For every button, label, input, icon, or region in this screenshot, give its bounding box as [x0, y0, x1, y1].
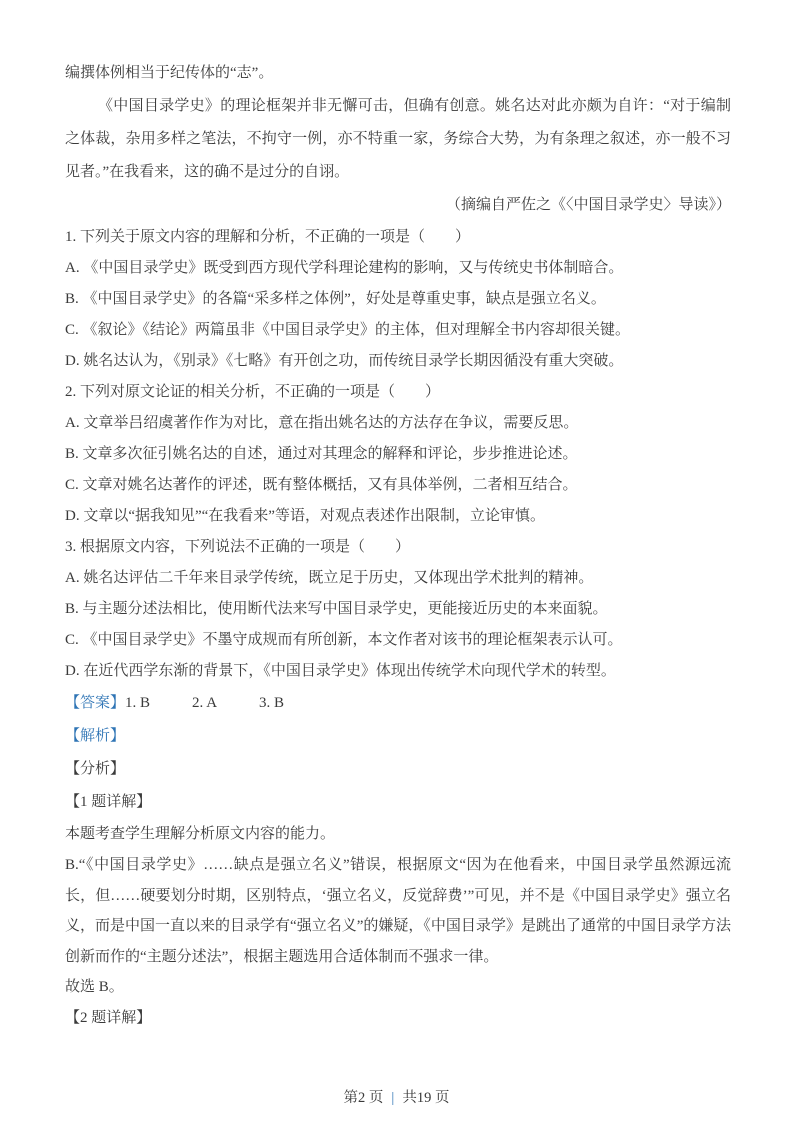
- question-stem: 1. 下列关于原文内容的理解和分析，不正确的一项是（ ）: [65, 222, 731, 253]
- fenxi-label: 【分析】: [65, 753, 731, 786]
- answer-item-2: 2. A: [192, 695, 217, 711]
- question-option: C. 文章对姚名达著作的评述，既有整体概括，又有具体举例，二者相互结合。: [65, 470, 731, 501]
- analysis-section: 本题考查学生理解分析原文内容的能力。 B.“《中国目录学史》……缺点是强立名义”…: [65, 819, 731, 1034]
- footer-page-number: 第2 页: [344, 1090, 384, 1106]
- question-option: B. 《中国目录学史》的各篇“采多样之体例”，好处是尊重史事，缺点是强立名义。: [65, 284, 731, 315]
- question-option: C. 《叙论》《结论》两篇虽非《中国目录学史》的主体，但对理解全书内容却很关键。: [65, 315, 731, 346]
- question-stem: 3. 根据原文内容，下列说法不正确的一项是（ ）: [65, 532, 731, 563]
- question-2: 2. 下列对原文论证的相关分析，不正确的一项是（ ） A. 文章举吕绍虞著作作为…: [65, 377, 731, 532]
- question-option: A. 《中国目录学史》既受到西方现代学科理论建构的影响，又与传统史书体制暗合。: [65, 253, 731, 284]
- detail2-label: 【2 题详解】: [65, 1003, 731, 1034]
- reading-passage: 编撰体例相当于纪传体的“志”。 《中国目录学史》的理论框架并非无懈可击，但确有创…: [65, 57, 731, 222]
- detail1-intro: 本题考查学生理解分析原文内容的能力。: [65, 819, 731, 850]
- answer-item-3: 3. B: [259, 695, 284, 711]
- answer-item-1: 1. B: [125, 695, 150, 711]
- answer-line: 【答案】1. B2. A3. B: [65, 687, 731, 720]
- passage-attribution: （摘编自严佐之《〈中国目录学史〉导读》）: [65, 189, 731, 222]
- question-1: 1. 下列关于原文内容的理解和分析，不正确的一项是（ ） A. 《中国目录学史》…: [65, 222, 731, 377]
- jiexi-label: 【解析】: [65, 720, 731, 753]
- answers-section: 【答案】1. B2. A3. B 【解析】 【分析】 【1 题详解】: [65, 687, 731, 819]
- page-footer: 第2 页|共19 页: [0, 1086, 793, 1107]
- question-option: D. 在近代西学东渐的背景下，《中国目录学史》体现出传统学术向现代学术的转型。: [65, 656, 731, 687]
- document-page: 编撰体例相当于纪传体的“志”。 《中国目录学史》的理论框架并非无懈可击，但确有创…: [0, 0, 793, 1122]
- footer-separator: |: [391, 1090, 394, 1106]
- question-option: A. 姚名达评估二千年来目录学传统，既立足于历史，又体现出学术批判的精神。: [65, 563, 731, 594]
- question-stem: 2. 下列对原文论证的相关分析，不正确的一项是（ ）: [65, 377, 731, 408]
- question-option: C. 《中国目录学史》不墨守成规而有所创新，本文作者对该书的理论框架表示认可。: [65, 625, 731, 656]
- question-option: D. 文章以“据我知见”“在我看来”等语，对观点表述作出限制，立论审慎。: [65, 501, 731, 532]
- question-option: A. 文章举吕绍虞著作作为对比，意在指出姚名达的方法存在争议，需要反思。: [65, 408, 731, 439]
- question-option: D. 姚名达认为，《别录》《七略》有开创之功，而传统目录学长期因循没有重大突破。: [65, 346, 731, 377]
- answer-label: 【答案】: [65, 695, 125, 711]
- passage-tail-line: 编撰体例相当于纪传体的“志”。: [65, 57, 731, 90]
- question-option: B. 与主题分述法相比，使用断代法来写中国目录学史，更能接近历史的本来面貌。: [65, 594, 731, 625]
- detail1-body: B.“《中国目录学史》……缺点是强立名义”错误，根据原文“因为在他看来，中国目录…: [65, 850, 731, 972]
- question-3: 3. 根据原文内容，下列说法不正确的一项是（ ） A. 姚名达评估二千年来目录学…: [65, 532, 731, 687]
- detail1-label: 【1 题详解】: [65, 786, 731, 819]
- detail1-conclusion: 故选 B。: [65, 972, 731, 1003]
- passage-paragraph: 《中国目录学史》的理论框架并非无懈可击，但确有创意。姚名达对此亦颇为自许：“对于…: [65, 90, 731, 189]
- question-option: B. 文章多次征引姚名达的自述，通过对其理念的解释和评论，步步推进论述。: [65, 439, 731, 470]
- questions-section: 1. 下列关于原文内容的理解和分析，不正确的一项是（ ） A. 《中国目录学史》…: [65, 222, 731, 687]
- footer-total-pages: 共19 页: [402, 1090, 449, 1106]
